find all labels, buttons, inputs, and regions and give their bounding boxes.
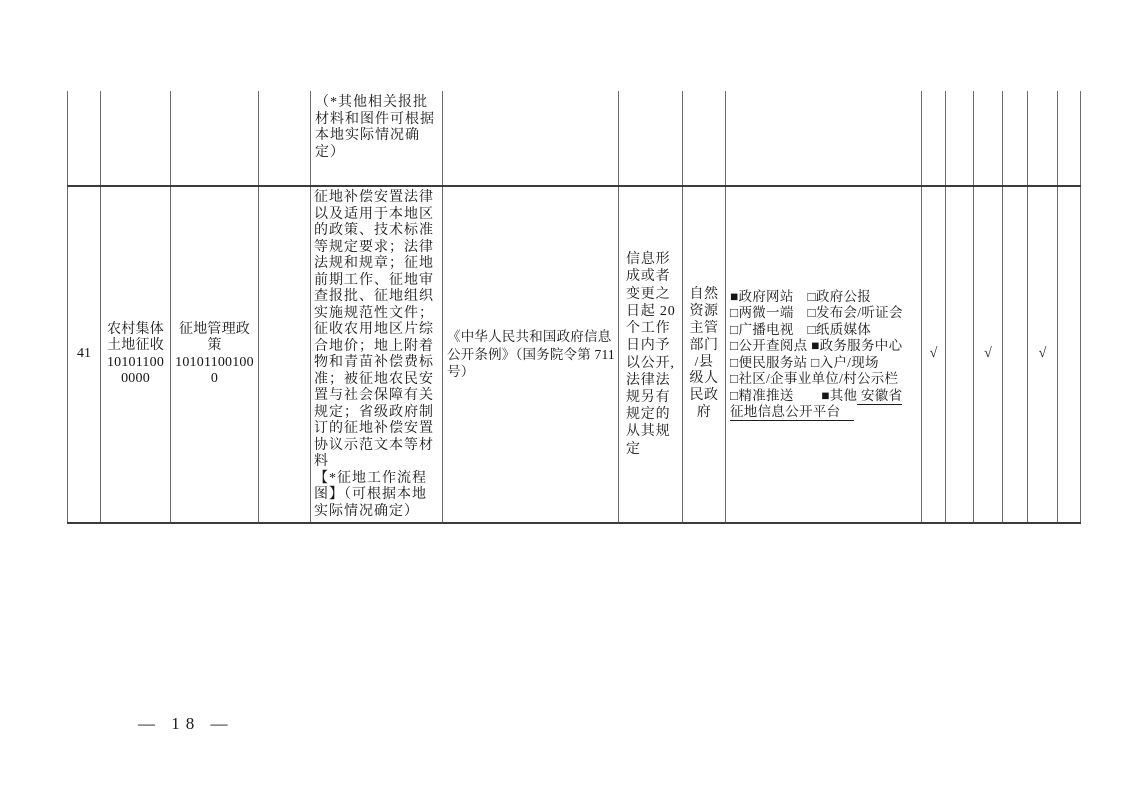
cell-channels-empty [726, 91, 922, 186]
text-line: 图】（可根据本地 [314, 487, 440, 504]
text-line: 10101100 [101, 355, 170, 372]
cell-check-empty [946, 91, 974, 186]
cell-disclosure-content: 征地补偿安置法律以及适用于本地区的政策、技术标准等规定要求；法律法规和规章；征地… [311, 186, 443, 523]
cell-seq: 41 [68, 186, 101, 523]
text-line: （*其他相关报批 [315, 95, 440, 112]
text-line: 定 [626, 441, 682, 458]
text-line: 部门 [683, 338, 725, 355]
text-line: 民政 [683, 388, 725, 405]
cell-time-limit: 信息形成或者变更之日起 20个工作日内予以公开,法律法规另有规定的从其规定 [619, 186, 683, 523]
cell-item2-empty [171, 91, 259, 186]
text-line: 从其规 [626, 423, 682, 440]
cell-check-1: √ [922, 186, 946, 523]
page-number: — 18 — [138, 714, 234, 734]
cell-check-3: √ [974, 186, 1003, 523]
cell-check-empty [1058, 91, 1081, 186]
text-line: 信息形 [626, 251, 682, 268]
cell-item-level1: 农村集体土地征收101011000000 [101, 186, 171, 523]
text-line: 变更之 [626, 286, 682, 303]
row-41: 41 农村集体土地征收101011000000 征地管理政策1010110010… [68, 186, 1081, 523]
text-line: □便民服务站 □入户/现场 [730, 355, 921, 372]
cell-seq-empty [68, 91, 101, 186]
text-line: 等规定要求；法律 [314, 240, 440, 257]
cell-gap-empty [259, 91, 311, 186]
continued-content-text: （*其他相关报批材料和图件可根据本地实际情况确定） [311, 91, 442, 161]
cell-check-5: √ [1028, 186, 1058, 523]
cell-basis-empty [443, 91, 619, 186]
responsible-subject-text: 自然资源主管部门/县级人民政府 [683, 287, 725, 422]
text-line: 协议示范文本等材 [314, 438, 440, 455]
text-line: 材料和图件可根据 [315, 112, 440, 129]
text-line: □两微一端 □发布会/听证会 [730, 305, 921, 322]
text-line: 置与社会保障有关 [314, 388, 440, 405]
underlined-text: 征地信息公开平台 [730, 404, 854, 421]
text-line: 法规和规章；征地 [314, 256, 440, 273]
text-line: 规定的 [626, 406, 682, 423]
cell-responsible-subject: 自然资源主管部门/县级人民政府 [683, 186, 726, 523]
text-line: □精准推送 ■其他 安徽省 [730, 388, 921, 405]
text-line: 个工作 [626, 320, 682, 337]
text-line: 0000 [101, 371, 170, 388]
text-line: 实施规范性文件； [314, 306, 440, 323]
text-line: 【*征地工作流程 [314, 471, 440, 488]
text-line: 规另有 [626, 389, 682, 406]
continued-row: （*其他相关报批材料和图件可根据本地实际情况确定） [68, 91, 1081, 186]
time-limit-text: 信息形成或者变更之日起 20个工作日内予以公开,法律法规另有规定的从其规定 [619, 251, 682, 457]
text-line: □广播电视 □纸质媒体 [730, 322, 921, 339]
text-line: 以及适用于本地区 [314, 207, 440, 224]
text-line: 征地管理政 [171, 322, 258, 339]
text-line: /县 [683, 355, 725, 372]
legal-basis-text: 《中华人民共和国政府信息公开条例》（国务院令第 711号） [443, 328, 618, 381]
text-line: 征地补偿安置法律 [314, 190, 440, 207]
disclosure-table: （*其他相关报批材料和图件可根据本地实际情况确定） 41 农村集体土地征收101… [67, 91, 1081, 524]
cell-gap [259, 186, 311, 523]
text-line: 以公开, [626, 355, 682, 372]
cell-check-2 [946, 186, 974, 523]
text-line: 《中华人民共和国政府信息 [447, 328, 618, 346]
text-line: 公开条例》（国务院令第 711 [447, 346, 618, 364]
cell-check-4 [1003, 186, 1028, 523]
text-line: 资源 [683, 304, 725, 321]
text-line: 定） [315, 145, 440, 162]
text-line: 规定；省级政府制 [314, 405, 440, 422]
cell-check-empty [1003, 91, 1028, 186]
text-line: 实际情况确定） [314, 504, 440, 521]
item-level2-text: 征地管理政策101011001000 [171, 322, 258, 388]
text-line: 订的征地补偿安置 [314, 421, 440, 438]
text-line: 征收农用地区片综 [314, 322, 440, 339]
text-line: 的政策、技术标准 [314, 223, 440, 240]
channels-checkbox-list: ■政府网站 □政府公报□两微一端 □发布会/听证会□广播电视 □纸质媒体□公开查… [726, 289, 921, 421]
text-line: □公开查阅点 ■政务服务中心 [730, 338, 921, 355]
item-level1-text: 农村集体土地征收101011000000 [101, 322, 170, 388]
disclosure-content-text: 征地补偿安置法律以及适用于本地区的政策、技术标准等规定要求；法律法规和规章；征地… [311, 187, 442, 520]
text-line: 日起 20 [626, 303, 682, 320]
cell-item1-empty [101, 91, 171, 186]
text-line: 前期工作、征地审 [314, 273, 440, 290]
text-line: 料 [314, 454, 440, 471]
text-line: 成或者 [626, 268, 682, 285]
cell-check-empty [974, 91, 1003, 186]
text-line: 征地信息公开平台 [730, 404, 921, 421]
cell-check-empty [1028, 91, 1058, 186]
text-line: 号） [447, 363, 618, 381]
text-line: 农村集体 [101, 322, 170, 339]
text-line: 日内予 [626, 337, 682, 354]
cell-item-level2: 征地管理政策101011001000 [171, 186, 259, 523]
text-line: 自然 [683, 287, 725, 304]
cell-check-empty [922, 91, 946, 186]
text-line: ■政府网站 □政府公报 [730, 289, 921, 306]
text-line: 查报批、征地组织 [314, 289, 440, 306]
text-line: 法律法 [626, 372, 682, 389]
text-line: 准；被征地农民安 [314, 372, 440, 389]
text-line: 府 [683, 405, 725, 422]
text-line: 级人 [683, 371, 725, 388]
cell-check-6 [1058, 186, 1081, 523]
cell-legal-basis: 《中华人民共和国政府信息公开条例》（国务院令第 711号） [443, 186, 619, 523]
underlined-text: 安徽省 [857, 388, 902, 405]
cell-channels: ■政府网站 □政府公报□两微一端 □发布会/听证会□广播电视 □纸质媒体□公开查… [726, 186, 922, 523]
text-line: 本地实际情况确 [315, 128, 440, 145]
text-line: 10101100100 [171, 355, 258, 372]
text-line: 合地价；地上附着 [314, 339, 440, 356]
text-line: □社区/企事业单位/村公示栏 [730, 371, 921, 388]
cell-content-continued: （*其他相关报批材料和图件可根据本地实际情况确定） [311, 91, 443, 186]
document-page: （*其他相关报批材料和图件可根据本地实际情况确定） 41 农村集体土地征收101… [0, 0, 1122, 793]
cell-timelimit-empty [619, 91, 683, 186]
text-line: 物和青苗补偿费标 [314, 355, 440, 372]
text-line: 0 [171, 371, 258, 388]
text-line: 策 [171, 338, 258, 355]
text-line: 土地征收 [101, 338, 170, 355]
text-line: 主管 [683, 321, 725, 338]
cell-subject-empty [683, 91, 726, 186]
